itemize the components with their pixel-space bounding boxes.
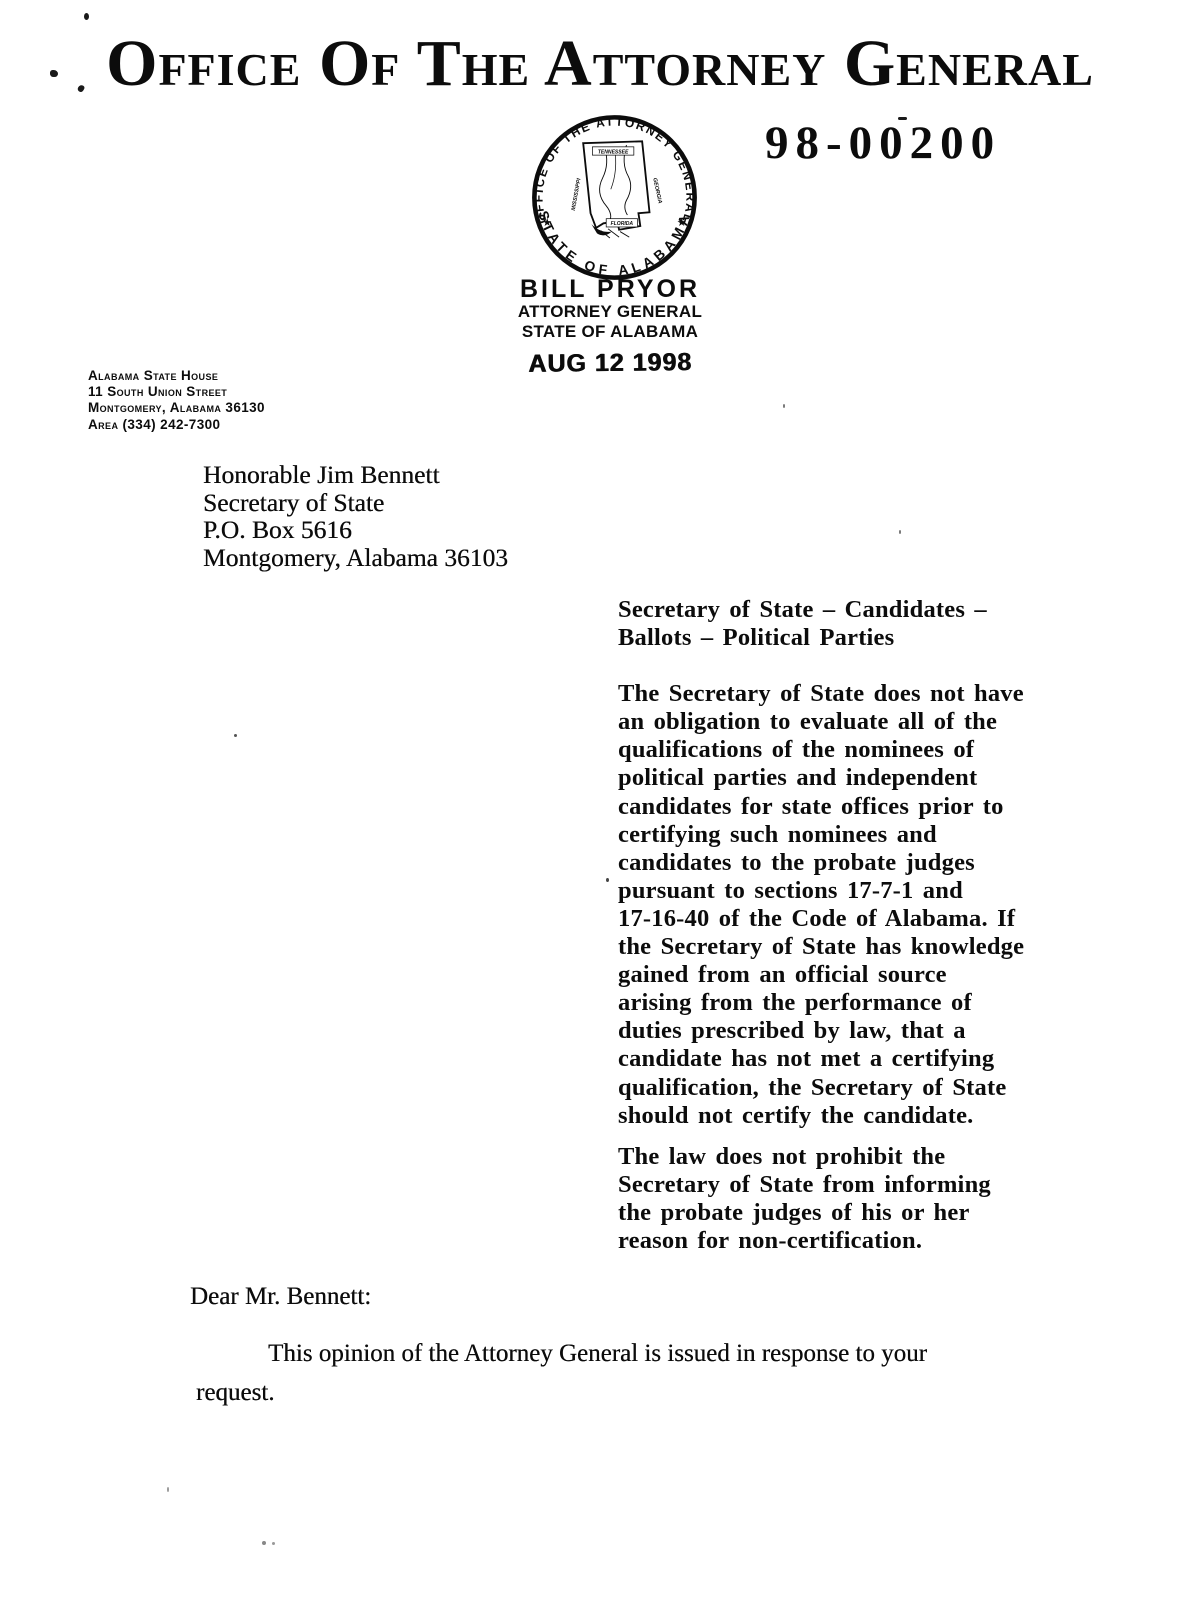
map-label-mississippi: MISSISSIPPI — [571, 177, 583, 211]
opinion-number: 98-00200 — [765, 120, 1001, 167]
alabama-map: TENNESSEE MISSISSIPPI GEORGIA FLORIDA — [571, 141, 663, 238]
seal-ring-text-top: OFFICE OF THE ATTORNEY GENERAL — [532, 114, 698, 225]
ink-speck — [234, 734, 237, 737]
ink-speck — [167, 1487, 169, 1492]
ink-speck — [262, 1541, 266, 1545]
map-label-tennessee: TENNESSEE — [598, 149, 629, 155]
letterhead-title: Office Of The Attorney General — [0, 28, 1200, 101]
headnote-column: Secretary of State – Candidates – Ballot… — [618, 596, 1063, 1255]
seal-star-left-icon: ★ — [542, 217, 552, 229]
river-line — [600, 147, 611, 223]
salutation: Dear Mr. Bennett: — [190, 1283, 371, 1311]
received-date-stamp: AUG 12 1998 — [455, 347, 765, 379]
officer-name: BILL PRYOR — [455, 276, 765, 302]
map-label-georgia: GEORGIA — [651, 177, 662, 204]
attorney-general-seal: OFFICE OF THE ATTORNEY GENERAL STATE OF … — [527, 110, 702, 285]
officer-block: BILL PRYOR ATTORNEY GENERAL STATE OF ALA… — [455, 276, 765, 378]
ink-speck — [272, 1542, 275, 1545]
officer-state: STATE OF ALABAMA — [455, 322, 765, 342]
ink-speck — [899, 530, 901, 534]
headnote-topics: Secretary of State – Candidates – Ballot… — [618, 596, 1063, 652]
officer-title: ATTORNEY GENERAL — [455, 302, 765, 322]
ink-speck — [783, 404, 785, 408]
seal-star-right-icon: ★ — [677, 217, 687, 229]
svg-text:OFFICE OF THE ATTORNEY GENERAL: OFFICE OF THE ATTORNEY GENERAL — [532, 114, 698, 225]
ink-speck — [84, 13, 89, 20]
ink-speck — [606, 878, 609, 882]
opening-paragraph: This opinion of the Attorney General is … — [196, 1334, 1096, 1412]
river-line — [624, 145, 631, 215]
ink-speck — [50, 70, 58, 77]
map-label-florida: FLORIDA — [611, 221, 634, 227]
ink-speck — [898, 117, 907, 120]
headnote-paragraph-1: The Secretary of State does not have an … — [618, 680, 1063, 1130]
recipient-address: Honorable Jim Bennett Secretary of State… — [203, 461, 508, 571]
letter-page: Office Of The Attorney General OFFICE OF… — [0, 0, 1200, 1610]
headnote-paragraph-2: The law does not prohibit the Secretary … — [618, 1143, 1063, 1255]
seal-graphic: OFFICE OF THE ATTORNEY GENERAL STATE OF … — [527, 110, 702, 285]
office-address: Alabama State House 11 South Union Stree… — [88, 368, 265, 433]
